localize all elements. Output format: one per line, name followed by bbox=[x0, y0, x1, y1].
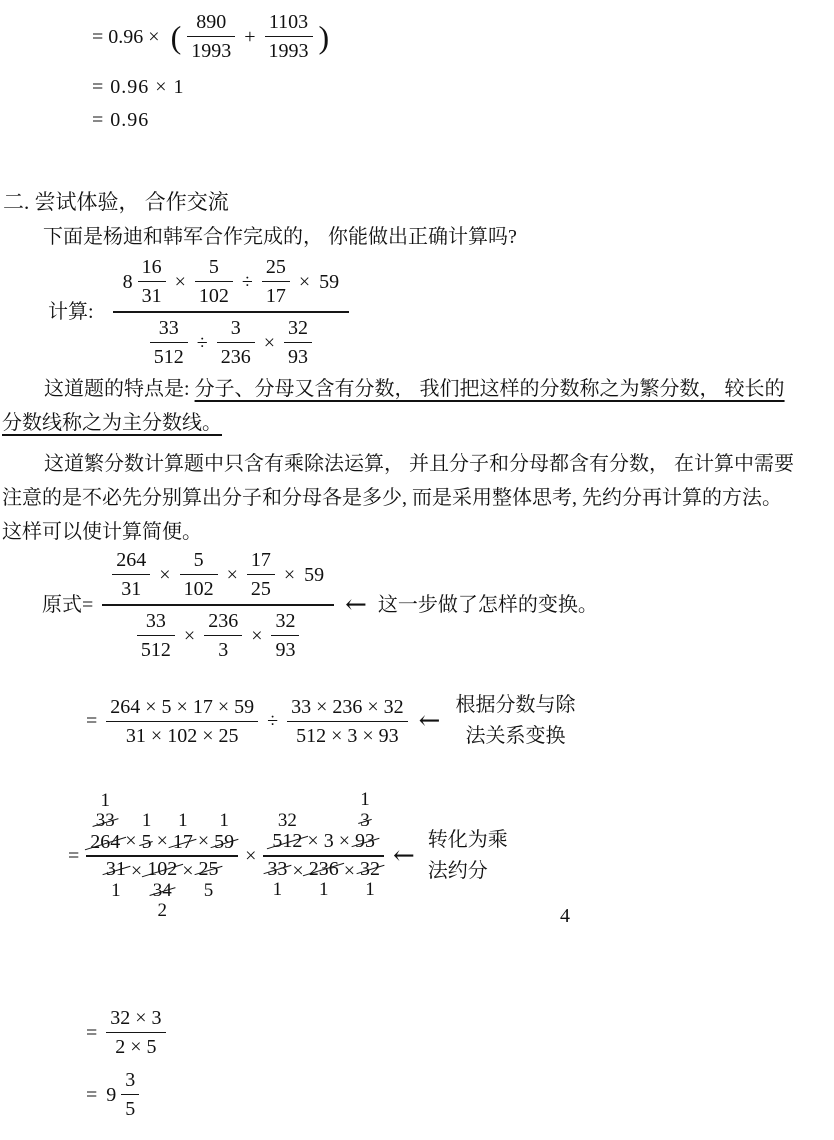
fraction-bar bbox=[112, 574, 150, 575]
math-text: 这一步做了怎样的变换。 bbox=[378, 593, 598, 617]
cancel-stack: 102342 bbox=[147, 859, 177, 922]
replacement-number: 2 bbox=[157, 901, 167, 922]
intro-sentence: 下面是杨迪和韩军合作完成的， 你能做出正确计算吗? bbox=[43, 224, 517, 250]
number: 102 bbox=[184, 577, 214, 601]
fraction-bar bbox=[204, 635, 242, 636]
fraction-denominator: 2 × 5 bbox=[111, 1035, 160, 1059]
number: 264 bbox=[116, 548, 146, 572]
number: 25 bbox=[198, 859, 218, 881]
cancellation-fraction: 32512×3×1393331×2361×321 bbox=[263, 790, 384, 901]
math-text: 原式= bbox=[42, 593, 93, 617]
math-text: = bbox=[68, 844, 79, 868]
fraction-numerator: 5 bbox=[205, 255, 223, 279]
fraction: 1725 bbox=[247, 548, 275, 601]
paragraph-line: 这道繁分数计算题中只含有乘除法运算， 并且分子和分母都含有分数， 在计算中需要 bbox=[2, 447, 832, 481]
math-text: × bbox=[157, 829, 168, 853]
fraction-bar bbox=[284, 342, 312, 343]
fraction-numerator: 26431×5102×1725×59 bbox=[102, 548, 334, 601]
equation-step-5-result: =935 bbox=[86, 1068, 139, 1121]
math-text: × bbox=[227, 563, 238, 587]
math-text: ÷ bbox=[197, 331, 208, 355]
math-text: × bbox=[159, 563, 170, 587]
replacement-number: 1 bbox=[273, 880, 283, 901]
fraction-denominator: 331×2361×321 bbox=[263, 859, 384, 901]
math-text: × bbox=[125, 829, 136, 853]
number: 1993 bbox=[191, 39, 231, 63]
equation-top-line-2: = 0.96 × 1 bbox=[92, 74, 185, 100]
fraction-denominator: 1993 bbox=[187, 39, 235, 63]
number: 33 bbox=[146, 609, 166, 633]
number: 5 bbox=[209, 255, 219, 279]
fraction-numerator: 17 bbox=[247, 548, 275, 572]
math-text: × bbox=[344, 859, 355, 883]
fraction-bar bbox=[138, 281, 166, 282]
cancel-stack: 255 bbox=[198, 859, 218, 901]
replacement-number: 1 bbox=[219, 811, 229, 832]
annotation: 根据分数与除法关系变换 bbox=[455, 690, 575, 752]
fraction-numerator: 33 × 236 × 32 bbox=[287, 695, 408, 719]
replacement-number: 1 bbox=[319, 880, 329, 901]
fraction-numerator: 32 bbox=[271, 609, 299, 633]
replacement-number: 1 bbox=[111, 881, 121, 902]
fraction-bar bbox=[271, 635, 299, 636]
number: 5 bbox=[125, 1097, 135, 1121]
equation-step-4: =32 × 32 × 5 bbox=[86, 1006, 166, 1059]
number: 5 bbox=[194, 548, 204, 572]
math-text: 9 bbox=[106, 1083, 116, 1107]
math-text: = 0.96 × bbox=[92, 25, 165, 49]
math-text: 59 bbox=[319, 270, 339, 294]
math-text: × bbox=[131, 859, 142, 883]
annotation-line: 法关系变换 bbox=[465, 721, 565, 752]
fraction-numerator: 264 bbox=[112, 548, 150, 572]
math-text: 3 bbox=[324, 829, 334, 853]
number: 32 bbox=[360, 859, 380, 881]
number: 1993 bbox=[269, 39, 309, 63]
fraction-numerator: 236 bbox=[204, 609, 242, 633]
fraction-denominator: 17 bbox=[262, 284, 290, 308]
fraction: 8901993 bbox=[187, 10, 235, 63]
number: 25 bbox=[251, 577, 271, 601]
number: 3 bbox=[231, 316, 241, 340]
number: 17 bbox=[251, 548, 271, 572]
math-text: × bbox=[198, 829, 209, 853]
equation-step-3-cancellation: =133264×15×117×159311×102342×255×32512×3… bbox=[68, 790, 508, 923]
body-text: 这道繁分数计算题中只含有乘除法运算， 并且分子和分母都含有分数， 在计算中需要 bbox=[44, 453, 794, 475]
number: 1103 bbox=[269, 10, 308, 34]
fraction-denominator: 31 bbox=[138, 284, 166, 308]
fraction-bar bbox=[137, 635, 175, 636]
fraction-numerator: 16 bbox=[138, 255, 166, 279]
math-text: × bbox=[307, 829, 318, 853]
cancelled-number: 3 bbox=[360, 811, 370, 832]
math-text: = bbox=[86, 1083, 97, 1107]
fraction-bar bbox=[86, 855, 238, 857]
paragraph-line: 这样可以使计算简便。 bbox=[2, 515, 832, 549]
fraction: 2517 bbox=[262, 255, 290, 308]
fraction-denominator: 93 bbox=[271, 638, 299, 662]
fraction-bar bbox=[265, 36, 313, 37]
replacement-number: 1 bbox=[360, 790, 370, 811]
equation-calc: 计算:81631×5102÷2517×5933512÷3236×3293 bbox=[48, 255, 349, 369]
fraction-bar bbox=[150, 342, 188, 343]
fraction-bar bbox=[195, 281, 233, 282]
fraction-denominator: 5 bbox=[121, 1097, 139, 1121]
math-text: 59 bbox=[304, 563, 324, 587]
fraction-denominator: 512 bbox=[150, 345, 188, 369]
fraction-numerator: 33 bbox=[155, 316, 183, 340]
cancel-stack: 321 bbox=[360, 859, 380, 901]
number: 33 bbox=[159, 316, 179, 340]
fraction-numerator: 890 bbox=[192, 10, 230, 34]
fraction-bar bbox=[287, 721, 408, 722]
number: 33 bbox=[267, 859, 287, 881]
number: 17 bbox=[173, 832, 193, 854]
fraction-denominator: 31 × 102 × 25 bbox=[122, 724, 243, 748]
page-number: 4 bbox=[560, 905, 570, 928]
fraction-numerator: 133264×15×117×159 bbox=[86, 791, 238, 854]
fraction-denominator: 512 bbox=[137, 638, 175, 662]
complex-fraction: 26431×5102×1725×5933512×2363×3293 bbox=[102, 548, 334, 662]
number: 264 × 5 × 17 × 59 bbox=[110, 695, 254, 719]
fraction-denominator: 31 bbox=[117, 577, 145, 601]
fraction: 35 bbox=[121, 1068, 139, 1121]
section-heading: 二. 尝试体验， 合作交流 bbox=[3, 189, 229, 216]
replacement-number: 1 bbox=[365, 880, 375, 901]
fraction: 264 × 5 × 17 × 5931 × 102 × 25 bbox=[106, 695, 258, 748]
cancel-stack: 159 bbox=[214, 811, 234, 853]
number: 264 bbox=[90, 832, 120, 854]
math-text: ÷ bbox=[242, 270, 253, 294]
fraction: 1631 bbox=[138, 255, 166, 308]
math-text: × bbox=[339, 829, 350, 853]
cancel-stack: 311 bbox=[106, 859, 126, 901]
annotation-line: 法约分 bbox=[428, 856, 488, 887]
equation-step-2: =264 × 5 × 17 × 5931 × 102 × 25÷33 × 236… bbox=[86, 690, 575, 752]
number: 31 bbox=[121, 577, 141, 601]
fraction-bar bbox=[187, 36, 235, 37]
number: 890 bbox=[196, 10, 226, 34]
fraction: 33512 bbox=[150, 316, 188, 369]
math-text: = bbox=[86, 1021, 97, 1045]
number: 512 bbox=[154, 345, 184, 369]
math-text: × bbox=[251, 624, 262, 648]
underlined-text: 分数线称之为主分数线。 bbox=[2, 412, 222, 434]
math-text: × bbox=[184, 624, 195, 648]
fraction: 26431 bbox=[112, 548, 150, 601]
fraction: 33512 bbox=[137, 609, 175, 662]
paragraph-feature: 这道题的特点是: 分子、分母又含有分数， 我们把这样的分数称之为繁分数， 较长的… bbox=[2, 372, 832, 440]
complex-fraction: 81631×5102÷2517×5933512÷3236×3293 bbox=[113, 255, 350, 369]
number: 102 bbox=[199, 284, 229, 308]
number: 5 bbox=[142, 832, 152, 854]
math-text: × bbox=[292, 859, 303, 883]
number: 102 bbox=[147, 859, 177, 881]
number: 31 bbox=[106, 859, 126, 881]
body-text: 这样可以使计算简便。 bbox=[2, 521, 202, 543]
fraction-denominator: 25 bbox=[247, 577, 275, 601]
replacement-number: 5 bbox=[204, 881, 214, 902]
fraction-numerator: 5 bbox=[190, 548, 208, 572]
underlined-text: 分子、分母又含有分数， 我们把这样的分数称之为繁分数， 较长的 bbox=[195, 378, 785, 400]
fraction-numerator: 264 × 5 × 17 × 59 bbox=[106, 695, 258, 719]
fraction-denominator: 3 bbox=[214, 638, 232, 662]
fraction: 3293 bbox=[284, 316, 312, 369]
number: 93 bbox=[288, 345, 308, 369]
number: 32 bbox=[275, 609, 295, 633]
annotation-line: 转化为乘 bbox=[428, 825, 508, 856]
cancel-stack: 32512 bbox=[272, 811, 302, 853]
fraction: 3236 bbox=[217, 316, 255, 369]
math-text: + bbox=[244, 25, 255, 49]
fraction-numerator: 32512×3×1393 bbox=[268, 790, 379, 853]
replacement-number: 1 bbox=[178, 811, 188, 832]
fraction-numerator: 3 bbox=[227, 316, 245, 340]
paragraph-line: 分数线称之为主分数线。 bbox=[2, 406, 832, 440]
document-page: = 0.96 × (8901993+11031993) = 0.96 × 1 =… bbox=[0, 0, 834, 1140]
math-text: ÷ bbox=[267, 709, 278, 733]
cancel-stack: 15 bbox=[142, 811, 152, 853]
equation-original-form: 原式=26431×5102×1725×5933512×2363×3293←这一步… bbox=[42, 548, 598, 662]
fraction-denominator: 1993 bbox=[265, 39, 313, 63]
paragraph-line: 这道题的特点是: 分子、分母又含有分数， 我们把这样的分数称之为繁分数， 较长的 bbox=[2, 372, 832, 406]
number: 93 bbox=[275, 638, 295, 662]
annotation: 转化为乘法约分 bbox=[428, 825, 508, 887]
number: 25 bbox=[266, 255, 286, 279]
fraction-denominator: 102 bbox=[195, 284, 233, 308]
number: 31 bbox=[142, 284, 162, 308]
math-text: 8 bbox=[123, 270, 133, 294]
body-text: 这道题的特点是: bbox=[44, 378, 195, 400]
number: 512 bbox=[272, 831, 302, 853]
cancel-stack: 1393 bbox=[355, 790, 375, 853]
fraction-denominator: 512 × 3 × 93 bbox=[292, 724, 403, 748]
fraction-bar bbox=[262, 281, 290, 282]
equation-top-line-3: = 0.96 bbox=[92, 107, 149, 133]
cancel-stack: 117 bbox=[173, 811, 193, 853]
math-text: × bbox=[264, 331, 275, 355]
fraction-numerator: 1103 bbox=[265, 10, 312, 34]
number: 93 bbox=[355, 831, 375, 853]
equation-top-line-1: = 0.96 × (8901993+11031993) bbox=[92, 10, 326, 63]
number: 33 × 236 × 32 bbox=[291, 695, 404, 719]
number: 32 × 3 bbox=[110, 1006, 161, 1030]
number: 236 bbox=[221, 345, 251, 369]
number: 3 bbox=[125, 1068, 135, 1092]
number: 17 bbox=[266, 284, 286, 308]
number: 59 bbox=[214, 832, 234, 854]
fraction-denominator: 33512÷3236×3293 bbox=[140, 316, 322, 369]
cancelled-number: 33 bbox=[96, 811, 115, 832]
fraction: 32 × 32 × 5 bbox=[106, 1006, 165, 1059]
fraction-bar bbox=[113, 311, 350, 313]
fraction-numerator: 32 × 3 bbox=[106, 1006, 165, 1030]
number: 236 bbox=[309, 859, 339, 881]
cancel-stack: 2361 bbox=[309, 859, 339, 901]
fraction-bar bbox=[217, 342, 255, 343]
number: 31 × 102 × 25 bbox=[126, 724, 239, 748]
fraction-denominator: 33512×2363×3293 bbox=[127, 609, 310, 662]
paragraph-line: 注意的是不必先分别算出分子和分母各是多少, 而是采用整体思考, 先约分再计算的方… bbox=[2, 481, 832, 515]
fraction: 3293 bbox=[271, 609, 299, 662]
cancel-stack: 331 bbox=[267, 859, 287, 901]
fraction-bar bbox=[180, 574, 218, 575]
fraction-bar bbox=[102, 604, 334, 606]
number: 16 bbox=[142, 255, 162, 279]
number: 512 × 3 × 93 bbox=[296, 724, 399, 748]
fraction-numerator: 3 bbox=[121, 1068, 139, 1092]
math-text: = bbox=[86, 709, 97, 733]
fraction: 2363 bbox=[204, 609, 242, 662]
annotation-line: 根据分数与除 bbox=[455, 690, 575, 721]
fraction-numerator: 81631×5102÷2517×59 bbox=[113, 255, 350, 308]
fraction: 5102 bbox=[180, 548, 218, 601]
fraction-denominator: 93 bbox=[284, 345, 312, 369]
replacement-number: 32 bbox=[278, 811, 297, 832]
cancelled-number: 34 bbox=[153, 881, 172, 902]
number: 512 bbox=[141, 638, 171, 662]
fraction: 5102 bbox=[195, 255, 233, 308]
body-text: 注意的是不必先分别算出分子和分母各是多少, 而是采用整体思考, 先约分再计算的方… bbox=[2, 487, 782, 509]
fraction-numerator: 32 bbox=[284, 316, 312, 340]
math-text: × bbox=[299, 270, 310, 294]
fraction: 11031993 bbox=[265, 10, 313, 63]
fraction-bar bbox=[106, 1032, 165, 1033]
equation-label: 计算: bbox=[48, 300, 94, 324]
fraction-numerator: 33 bbox=[142, 609, 170, 633]
fraction-bar bbox=[121, 1094, 139, 1095]
fraction-denominator: 102 bbox=[180, 577, 218, 601]
replacement-number: 1 bbox=[101, 791, 111, 812]
math-text: × bbox=[245, 844, 256, 868]
fraction-numerator: 25 bbox=[262, 255, 290, 279]
cancel-stack: 133264 bbox=[90, 791, 120, 854]
fraction-bar bbox=[106, 721, 258, 722]
paragraph-method: 这道繁分数计算题中只含有乘除法运算， 并且分子和分母都含有分数， 在计算中需要注… bbox=[2, 447, 832, 549]
fraction: 33 × 236 × 32512 × 3 × 93 bbox=[287, 695, 408, 748]
number: 2 × 5 bbox=[115, 1035, 156, 1059]
number: 32 bbox=[288, 316, 308, 340]
fraction-bar bbox=[247, 574, 275, 575]
math-text: × bbox=[182, 859, 193, 883]
number: 3 bbox=[218, 638, 228, 662]
number: 236 bbox=[208, 609, 238, 633]
math-text: × bbox=[175, 270, 186, 294]
fraction-denominator: 311×102342×255 bbox=[102, 859, 223, 922]
replacement-number: 1 bbox=[142, 811, 152, 832]
cancellation-fraction: 133264×15×117×159311×102342×255 bbox=[86, 791, 238, 922]
fraction-denominator: 236 bbox=[217, 345, 255, 369]
fraction-bar bbox=[263, 855, 384, 857]
math-text: × bbox=[284, 563, 295, 587]
